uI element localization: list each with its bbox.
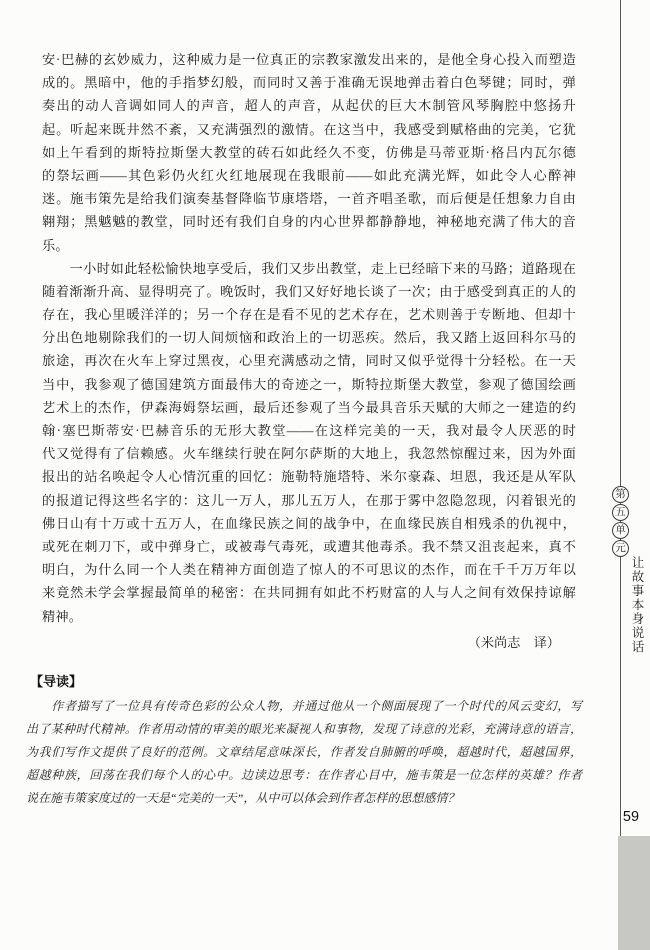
text-line: 迷。施韦策先是给我们演奏基督降临节康塔塔，一首齐唱圣歌，而后便是任想象力自由 bbox=[42, 187, 576, 210]
text-line: 的报道记得这些名字的：这儿一万人，那儿五万人，在那于雾中忽隐忽现，闪着银光的 bbox=[42, 489, 576, 512]
unit-char-circle: 五 bbox=[612, 504, 629, 521]
text-line: 精神。 bbox=[42, 605, 576, 628]
lesson-text: 安·巴赫的玄妙威力，这种威力是一位真正的宗教家激发出来的，是他全身心投入而塑造成… bbox=[42, 48, 576, 654]
text-line: 安·巴赫的玄妙威力，这种威力是一位真正的宗教家激发出来的，是他全身心投入而塑造 bbox=[42, 48, 576, 71]
text-line: 随着渐渐升高、显得明亮了。晚饭时，我们又好好地长谈了一次；由于感受到真正的人的 bbox=[42, 280, 576, 303]
guide-text: 作者描写了一位具有传奇色彩的公众人物，并通过他从一个侧面展现了一个时代的风云变幻… bbox=[26, 695, 582, 810]
text-line: 一小时如此轻松愉快地享受后，我们又步出教堂，走上已经暗下来的马路；道路现在 bbox=[42, 257, 576, 280]
text-line: 翱翔；黑魆魆的教堂，同时还有我们自身的内心世界都静静地，神秘地充满了伟大的音 bbox=[42, 210, 576, 233]
text-line: 奏出的动人音调如同人的声音，超人的声音，从起伏的巨大木制管风琴胸腔中悠扬升 bbox=[42, 94, 576, 117]
text-line: 分出色地剔除我们的一切人间烦恼和政治上的一切恶疾。然后，我又踏上返回科尔马的 bbox=[42, 326, 576, 349]
unit-title-vertical: 让故事本身说话 bbox=[628, 556, 646, 666]
text-line: 乐。 bbox=[42, 234, 576, 257]
text-line: 报出的站名唤起令人心情沉重的回忆：施勒特施塔特、米尔豪森、坦恩，我还是从军队 bbox=[42, 465, 576, 488]
page-edge-tab bbox=[618, 836, 650, 950]
guide-header: 【导读】 bbox=[30, 672, 582, 692]
unit-char-circle: 单 bbox=[612, 522, 629, 539]
sidebar-divider bbox=[620, 0, 621, 836]
page-number: 59 bbox=[618, 809, 644, 825]
guide-section: 【导读】 作者描写了一位具有传奇色彩的公众人物，并通过他从一个侧面展现了一个时代… bbox=[26, 672, 582, 810]
guide-line: 超越种族，回荡在我们每个人的心中。边读边思考：在作者心目中，施韦策是一位怎样的英… bbox=[26, 764, 582, 787]
text-line: 明白，为什么同一个人类在精神方面创造了惊人的不可思议的杰作，而在千千万万年以 bbox=[42, 558, 576, 581]
guide-line: 为我们写作文提供了良好的范例。文章结尾意味深长，作者发自肺腑的呼唤，超越时代，超… bbox=[26, 741, 582, 764]
text-line: 起。听起来既井然不紊，又充满强烈的激情。在这当中，我感受到赋格曲的完美，它犹 bbox=[42, 118, 576, 141]
unit-label: 第五单元 bbox=[612, 486, 630, 558]
text-line: 或死在刺刀下，或中弹身亡，或被毒气毒死，或遭其他毒杀。我不禁又沮丧起来，真不 bbox=[42, 535, 576, 558]
text-line: 成的。黑暗中，他的手指梦幻般，而同时又善于准确无误地弹击着白色琴键；同时，弹 bbox=[42, 71, 576, 94]
textbook-page: 安·巴赫的玄妙威力，这种威力是一位真正的宗教家激发出来的，是他全身心投入而塑造成… bbox=[0, 0, 650, 950]
translator-attribution: （米尚志 译） bbox=[42, 631, 576, 654]
paragraph: 安·巴赫的玄妙威力，这种威力是一位真正的宗教家激发出来的，是他全身心投入而塑造成… bbox=[42, 48, 576, 257]
text-line: 存在，我心里暖洋洋的；另一个存在是看不见的艺术存在，艺术则善于专断地、但却十 bbox=[42, 303, 576, 326]
text-line: 如上午看到的斯特拉斯堡大教堂的砖石如此经久不变，仿佛是马蒂亚斯·格吕内瓦尔德 bbox=[42, 141, 576, 164]
text-line: 代又觉得有了信赖感。火车继续行驶在阿尔萨斯的大地上，我忽然惊醒过来，因为外面 bbox=[42, 442, 576, 465]
guide-line: 说在施韦策家度过的一天是“完美的一天”，从中可以体会到作者怎样的思想感情？ bbox=[26, 787, 582, 810]
text-line: 的祭坛画——其色彩仍火红火红地展现在我眼前——如此充满光辉，如此令人心醉神 bbox=[42, 164, 576, 187]
text-line: 当中，我参观了德国建筑方面最伟大的奇迹之一，斯特拉斯堡大教堂，参观了德国绘画 bbox=[42, 373, 576, 396]
paragraph: 一小时如此轻松愉快地享受后，我们又步出教堂，走上已经暗下来的马路；道路现在随着渐… bbox=[42, 257, 576, 628]
guide-line: 作者描写了一位具有传奇色彩的公众人物，并通过他从一个侧面展现了一个时代的风云变幻… bbox=[26, 695, 582, 718]
unit-char-circle: 第 bbox=[612, 486, 629, 503]
unit-char-circle: 元 bbox=[612, 540, 629, 557]
text-line: 旅途，再次在火车上穿过黑夜，心里充满感动之情，同时又似乎觉得十分轻松。在一天 bbox=[42, 349, 576, 372]
text-line: 翰·塞巴斯蒂安·巴赫音乐的无形大教堂——在这样完美的一天，我对最令人厌恶的时 bbox=[42, 419, 576, 442]
text-line: 佛日山有十万或十五万人，在血缘民族之间的战争中，在血缘民族自相残杀的仇视中， bbox=[42, 512, 576, 535]
text-line: 来竟然未学会掌握最简单的秘密：在共同拥有如此不朽财富的人与人之间有效保持谅解 bbox=[42, 581, 576, 604]
text-line: 艺术上的杰作，伊森海姆祭坛画，最后还参观了当今最具音乐天赋的大师之一建造的约 bbox=[42, 396, 576, 419]
guide-line: 出了某种时代精神。作者用动情的审美的眼光来凝视人和事物，发现了诗意的光彩，充满诗… bbox=[26, 718, 582, 741]
